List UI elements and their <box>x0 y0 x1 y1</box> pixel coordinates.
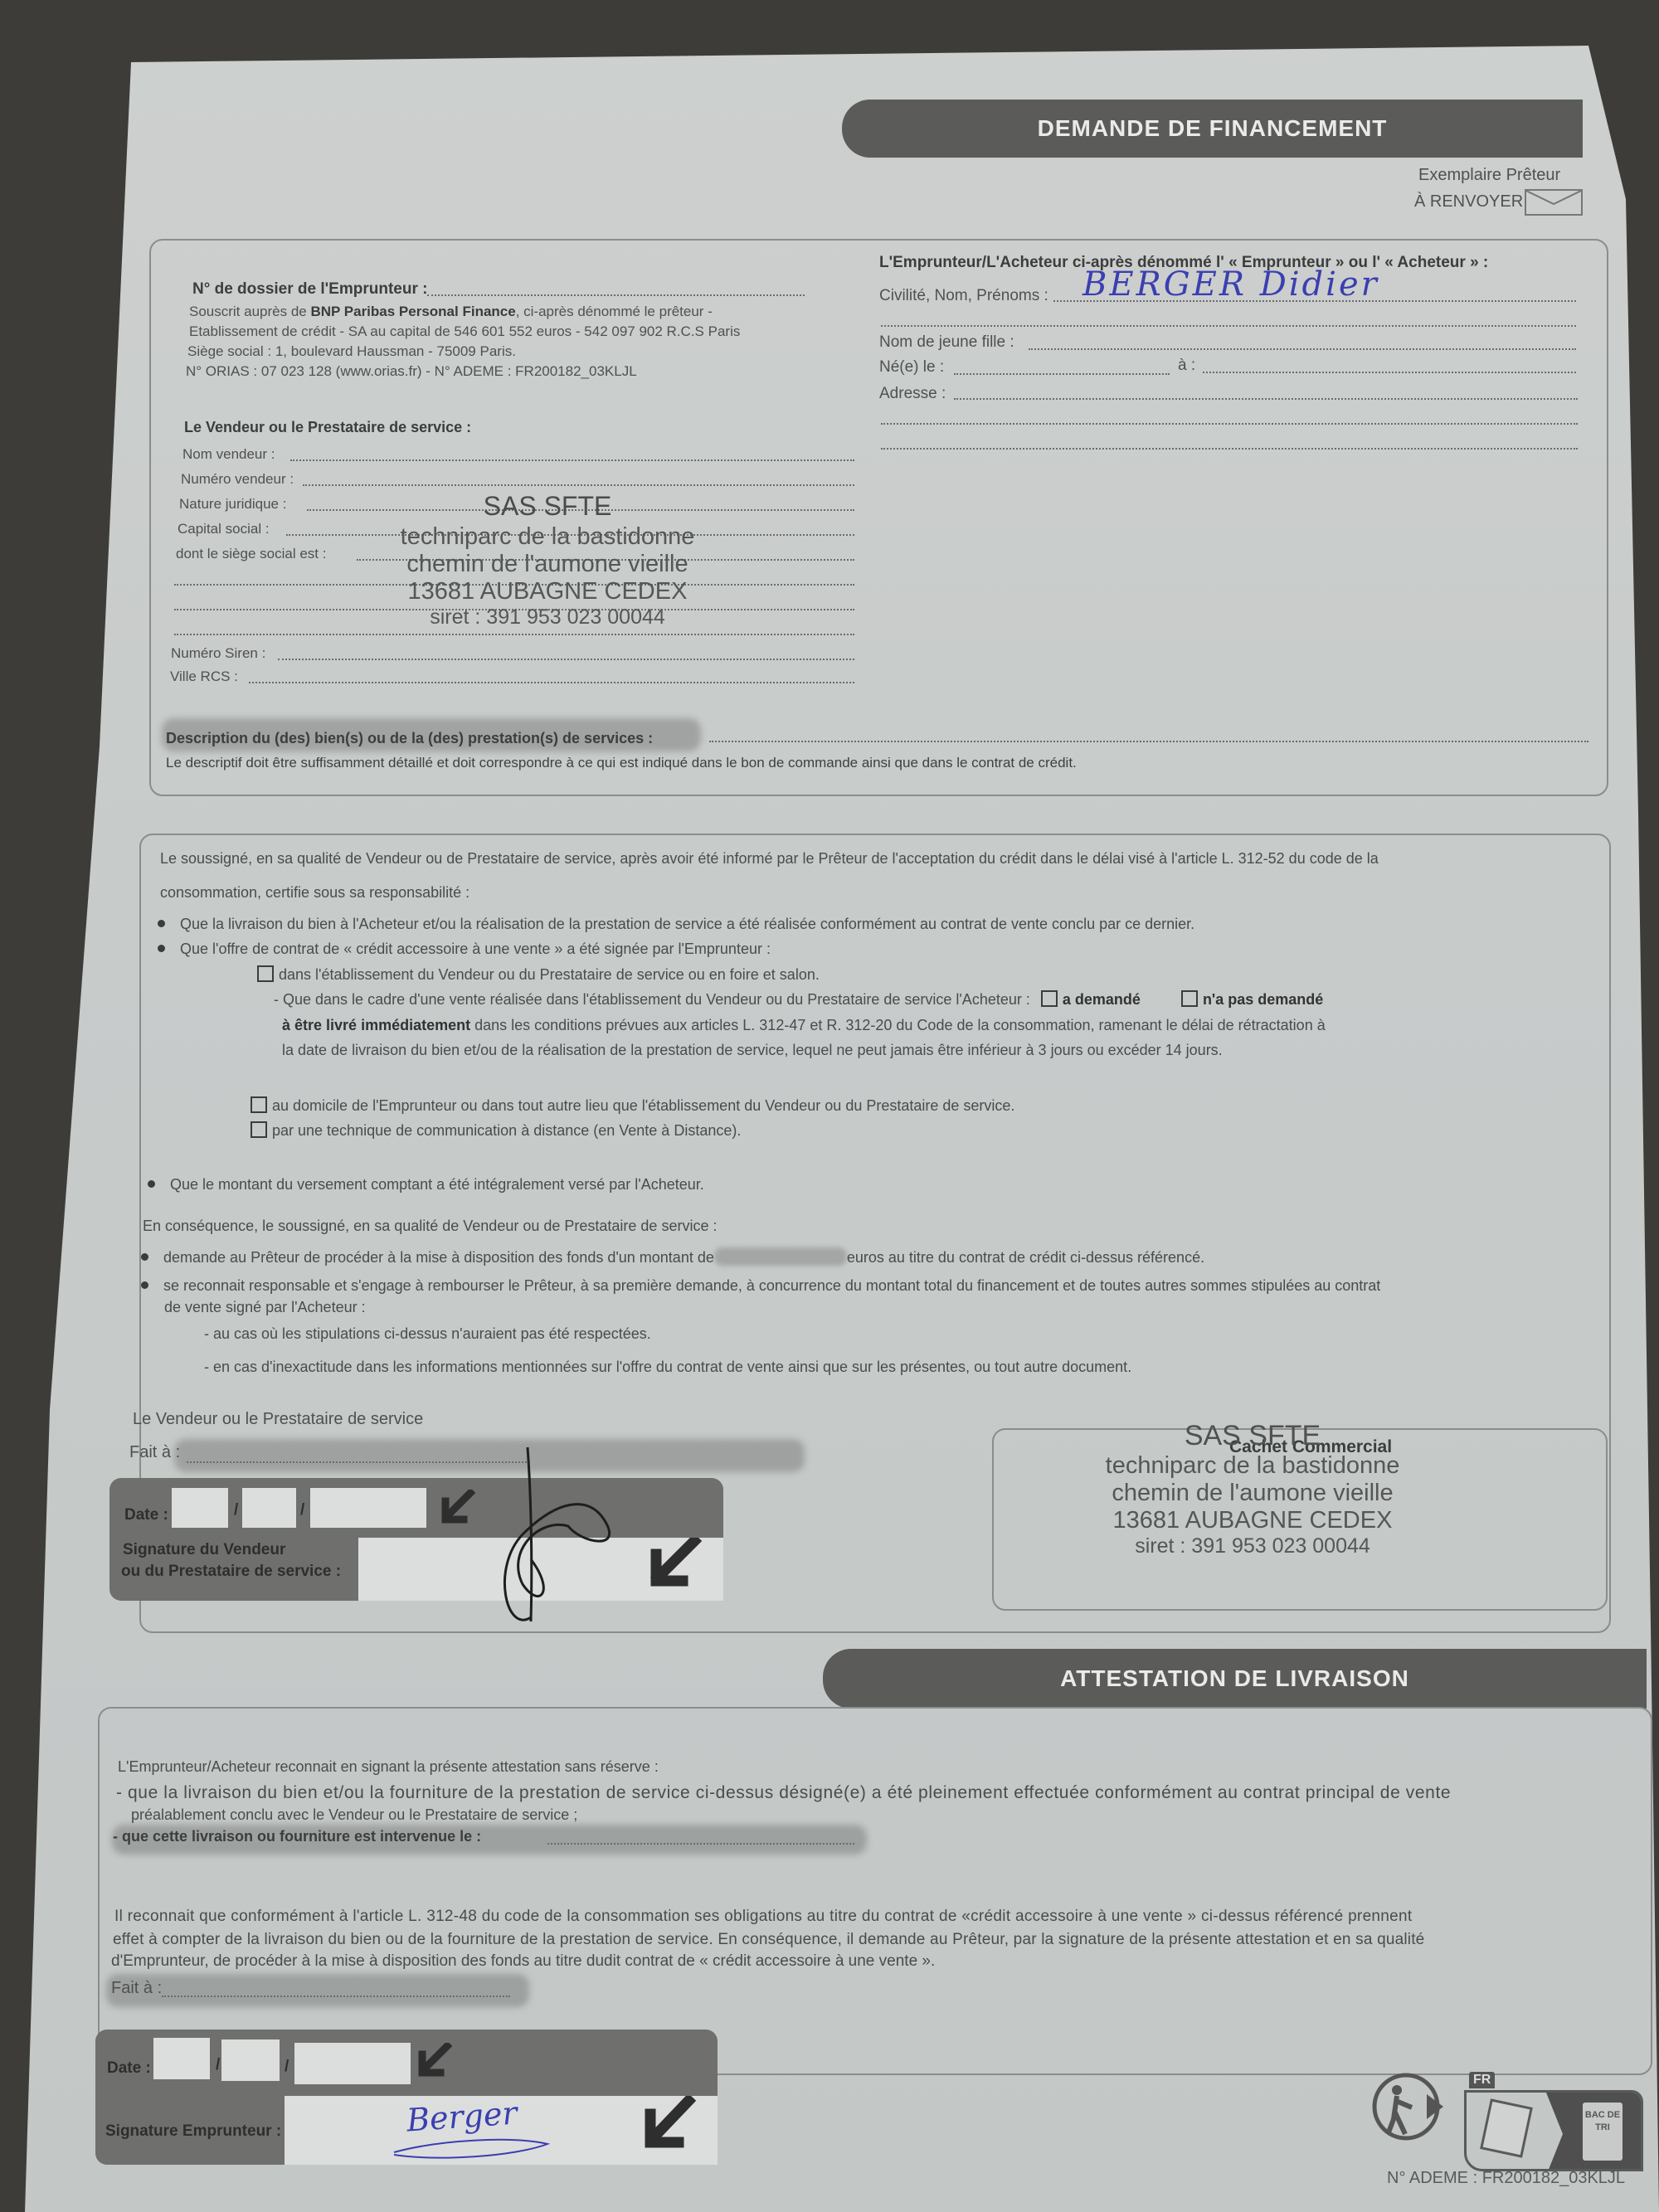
borrower-signature-underline <box>390 2132 556 2165</box>
c-dash-2: - en cas d'inexactitude dans les informa… <box>204 1359 1131 1376</box>
delivery-para-2: effet à compter de la livraison du bien … <box>113 1931 1424 1949</box>
checkbox-not-requested[interactable] <box>1181 990 1198 1007</box>
lender-line-1: Souscrit auprès de BNP Paribas Personal … <box>189 304 713 320</box>
option-distance: par une technique de communication à dis… <box>251 1121 741 1140</box>
cert-bullet-1: Que la livraison du bien à l'Acheteur et… <box>158 916 1194 933</box>
vendor-name-label: Nom vendeur : <box>182 446 275 463</box>
cert-intro-2: consommation, certifie sous sa responsab… <box>160 884 469 902</box>
copy-label: Exemplaire Prêteur <box>1418 166 1560 185</box>
siren-field[interactable] <box>278 659 854 660</box>
vendor-number-label: Numéro vendeur : <box>181 471 294 488</box>
borrower-date-year[interactable] <box>294 2043 411 2084</box>
consequence: En conséquence, le soussigné, en sa qual… <box>143 1218 717 1235</box>
stamp-address-1: techniparc de la bastidonne <box>1070 1452 1435 1480</box>
capital-label: Capital social : <box>178 521 270 537</box>
c-bullet-2: se reconnait responsable et s'engage à r… <box>141 1277 1380 1295</box>
page-title: DEMANDE DE FINANCEMENT <box>1038 115 1388 142</box>
vendor-signature-label-2: ou du Prestataire de service : <box>121 1563 341 1581</box>
delivery-item-1: - que la livraison du bien et/ou la four… <box>116 1783 1451 1803</box>
vendor-date-month[interactable] <box>242 1488 296 1528</box>
vendor-signature-heading: Le Vendeur ou le Prestataire de service <box>133 1410 423 1429</box>
rcs-label: Ville RCS : <box>170 668 238 685</box>
address-label: Adresse : <box>879 385 946 403</box>
vendor-signature-label-1: Signature du Vendeur <box>123 1541 285 1559</box>
vendor-place-field[interactable] <box>187 1461 527 1463</box>
lender-line-4: N° ORIAS : 07 023 128 (www.orias.fr) - N… <box>186 363 637 380</box>
birth-date-label: Né(e) le : <box>879 358 944 377</box>
ademe-number: N° ADEME : FR200182_03KLJL <box>1387 2169 1625 2188</box>
sub-text-3: la date de livraison du bien et/ou de la… <box>282 1042 1223 1059</box>
birth-place-label: à : <box>1178 357 1195 375</box>
vendor-number-field[interactable] <box>303 484 854 486</box>
vendor-signature-scribble <box>489 1443 672 1642</box>
vendor-date-year[interactable] <box>310 1488 426 1528</box>
paper-sheet-icon <box>1480 2098 1533 2157</box>
file-number-field[interactable] <box>427 294 805 296</box>
borrower-date-label: Date : <box>107 2059 151 2078</box>
description-note: Le descriptif doit être suffisamment dét… <box>166 755 1077 771</box>
info-tri-logo: FR BAC DE TRI <box>1464 2072 1647 2171</box>
file-number-label: N° de dossier de l'Emprunteur : <box>192 280 427 299</box>
vendor-stamp-top: SAS SFTE techniparc de la bastidonne che… <box>365 491 730 630</box>
head-office-label: dont le siège social est : <box>176 546 326 562</box>
stamp-address-1: techniparc de la bastidonne <box>365 523 730 551</box>
triman-recycling-icon <box>1369 2069 1452 2144</box>
stamp-address-2: chemin de l'aumone vieille <box>1070 1480 1435 1507</box>
vendor-place-label: Fait à : <box>129 1443 180 1462</box>
c-bullet-2-line-2: de vente signé par l'Acheteur : <box>164 1299 366 1316</box>
sub-text-2: à être livré immédiatement dans les cond… <box>282 1017 1326 1034</box>
vendor-heading: Le Vendeur ou le Prestataire de service … <box>184 419 471 436</box>
smudge <box>106 1974 529 2007</box>
delivery-para-1: Il reconnait que conformément à l'articl… <box>114 1908 1412 1926</box>
address-field[interactable] <box>954 398 1578 400</box>
checkbox-requested[interactable] <box>1041 990 1058 1007</box>
delivery-date-label: - que cette livraison ou fourniture est … <box>113 1828 481 1845</box>
borrower-date-month[interactable] <box>221 2039 280 2081</box>
vendor-date-day[interactable] <box>172 1488 228 1528</box>
siren-label: Numéro Siren : <box>171 645 265 662</box>
birth-date-field[interactable] <box>954 373 1170 375</box>
birth-place-field[interactable] <box>1203 372 1576 373</box>
stamp-company-name: SAS SFTE <box>365 491 730 522</box>
cert-bullet-3: Que le montant du versement comptant a é… <box>148 1176 704 1194</box>
cert-bullet-2: Que l'offre de contrat de « crédit acces… <box>158 941 771 958</box>
option-home: au domicile de l'Emprunteur ou dans tout… <box>251 1096 1014 1115</box>
sub-text: - Que dans le cadre d'une vente réalisée… <box>274 990 1323 1009</box>
checkbox-establishment[interactable] <box>257 965 274 982</box>
checkbox-distance[interactable] <box>251 1121 267 1138</box>
legal-form-label: Nature juridique : <box>179 496 286 513</box>
stamp-address-3: 13681 AUBAGNE CEDEX <box>365 578 730 605</box>
borrower-name-label: Civilité, Nom, Prénoms : <box>879 287 1048 305</box>
delivery-title: ATTESTATION DE LIVRAISON <box>1060 1665 1409 1692</box>
return-label: À RENVOYER <box>1414 192 1523 211</box>
recycling-bin-icon: BAC DE TRI <box>1583 2103 1623 2161</box>
delivery-date-field[interactable] <box>547 1843 854 1845</box>
cert-intro-1: Le soussigné, en sa qualité de Vendeur o… <box>160 850 1379 868</box>
description-field[interactable] <box>709 741 1588 742</box>
stamp-address-2: chemin de l'aumone vieille <box>365 551 730 578</box>
arrow-down-left-icon <box>437 1490 479 1528</box>
borrower-name-field-2[interactable] <box>881 325 1576 327</box>
head-office-field-4[interactable] <box>174 634 854 635</box>
address-field-2[interactable] <box>881 423 1578 425</box>
rcs-field[interactable] <box>249 682 854 683</box>
delivery-place-field[interactable] <box>162 1996 510 1997</box>
maiden-name-field[interactable] <box>1029 348 1576 350</box>
borrower-signature-label: Signature Emprunteur : <box>105 2122 281 2141</box>
vendor-date-label: Date : <box>124 1506 168 1524</box>
delivery-intro: L'Emprunteur/Acheteur reconnait en signa… <box>118 1758 659 1776</box>
delivery-place-label: Fait à : <box>111 1979 162 1998</box>
c-dash-1: - au cas où les stipulations ci-dessus n… <box>204 1325 651 1343</box>
checkbox-home[interactable] <box>251 1096 267 1113</box>
commercial-stamp: SAS SFTE techniparc de la bastidonne che… <box>1070 1420 1435 1558</box>
delivery-item-1-line-2: préalablement conclu avec le Vendeur ou … <box>131 1806 577 1824</box>
option-establishment: dans l'établissement du Vendeur ou du Pr… <box>257 965 820 984</box>
lender-name: BNP Paribas Personal Finance <box>310 304 515 319</box>
envelope-icon <box>1525 189 1583 216</box>
delivery-para-3: d'Emprunteur, de procéder à la mise à di… <box>111 1952 935 1971</box>
country-badge: FR <box>1469 2072 1495 2088</box>
arrow-down-left-icon <box>639 2096 698 2154</box>
description-label: Description du (des) bien(s) ou de la (d… <box>166 730 653 747</box>
borrower-name-handwritten: BERGER Didier <box>1082 265 1379 304</box>
lender-line-2: Etablissement de crédit - SA au capital … <box>189 323 740 340</box>
stamp-siret: siret : 391 953 023 00044 <box>1070 1534 1435 1558</box>
c-bullet-1: demande au Prêteur de procéder à la mise… <box>141 1247 1204 1266</box>
stamp-address-3: 13681 AUBAGNE CEDEX <box>1070 1507 1435 1534</box>
maiden-name-label: Nom de jeune fille : <box>879 333 1014 352</box>
lender-line-3: Siège social : 1, boulevard Haussman - 7… <box>187 343 516 360</box>
stamp-company-name: SAS SFTE <box>1070 1420 1435 1452</box>
amount-field[interactable] <box>714 1247 847 1266</box>
title-band: DEMANDE DE FINANCEMENT <box>842 100 1583 158</box>
stamp-siret: siret : 391 953 023 00044 <box>365 605 730 630</box>
arrow-down-left-icon <box>414 2043 455 2081</box>
vendor-name-field[interactable] <box>290 459 854 461</box>
address-field-3[interactable] <box>881 448 1578 450</box>
borrower-date-day[interactable] <box>153 2038 210 2079</box>
delivery-title-band: ATTESTATION DE LIVRAISON <box>823 1649 1647 1709</box>
